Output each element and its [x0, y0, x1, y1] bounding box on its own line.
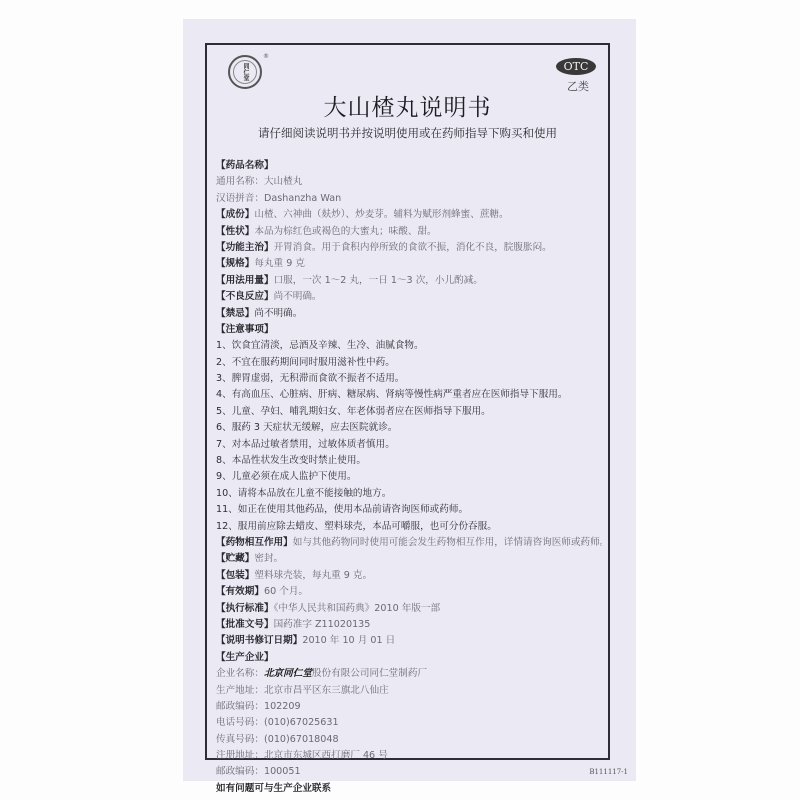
precaution-item-10: 10、请将本品放在儿童不能接触的地方。: [216, 486, 602, 502]
revision-date-value: 2010 年 10 月 01 日: [302, 635, 395, 646]
expiry-value: 60 个月。: [264, 586, 308, 597]
standard-row: 【执行标准】《中华人民共和国药典》2010 年版一部: [216, 601, 602, 617]
generic-name-value: 大山楂丸: [264, 176, 302, 187]
specification-row: 【规格】每丸重 9 克: [216, 256, 602, 272]
packaging-value: 塑料球壳装，每丸重 9 克。: [254, 570, 372, 581]
precaution-item-11: 11、如正在使用其他药品，使用本品前请咨询医师或药师。: [216, 502, 602, 518]
address-value: 北京市昌平区东三旗北八仙庄: [264, 685, 389, 696]
storage-value: 密封。: [254, 553, 283, 564]
pinyin-label: 汉语拼音：: [216, 193, 264, 204]
generic-name-label: 通用名称：: [216, 176, 264, 187]
adverse-reactions-row: 【不良反应】尚不明确。: [216, 289, 602, 305]
fax-label: 传真号码：: [216, 734, 264, 745]
indications-value: 开胃消食。用于食积内停所致的食欲不振，消化不良，脘腹胀闷。: [274, 242, 552, 253]
company-row: 企业名称：北京同仁堂股份有限公司同仁堂制药厂: [216, 666, 602, 682]
fax-value: (010)67018048: [264, 734, 339, 745]
revision-date-row: 【说明书修订日期】2010 年 10 月 01 日: [216, 633, 602, 649]
revision-date-label: 【说明书修订日期】: [216, 635, 302, 646]
standard-value: 《中华人民共和国药典》2010 年版一部: [274, 603, 441, 614]
precaution-item-9: 9、儿童必须在成人监护下使用。: [216, 469, 602, 485]
approval-label: 【批准文号】: [216, 619, 274, 630]
dosage-value: 口服，一次 1～2 丸，一日 1～3 次，小儿酌减。: [274, 275, 483, 286]
postcode-value: 102209: [264, 701, 301, 712]
interactions-label: 【药物相互作用】: [216, 537, 293, 548]
indications-label: 【功能主治】: [216, 242, 274, 253]
reg-address-row: 注册地址：北京市东城区西打磨厂 46 号: [216, 748, 602, 764]
expiry-label: 【有效期】: [216, 586, 264, 597]
company-brand: 北京同仁堂: [264, 668, 312, 679]
approval-row: 【批准文号】国药准字 Z11020135: [216, 617, 602, 633]
contraindications-value: 尚不明确。: [254, 308, 302, 319]
indications-row: 【功能主治】开胃消食。用于食积内停所致的食欲不振，消化不良，脘腹胀闷。: [216, 240, 602, 256]
leaflet-border: 同仁堂 ® OTC 乙类 大山楂丸说明书 请仔细阅读说明书并按说明使用或在药师指…: [205, 43, 610, 760]
precaution-item-12: 12、服用前应除去蜡皮、塑料球壳，本品可嚼服，也可分份吞服。: [216, 519, 602, 535]
expiry-row: 【有效期】60 个月。: [216, 584, 602, 600]
section-drug-name-heading: 【药品名称】: [216, 158, 602, 174]
reg-address-label: 注册地址：: [216, 750, 264, 761]
reg-address-value: 北京市东城区西打磨厂 46 号: [264, 750, 388, 761]
pinyin-row: 汉语拼音：Dashanzha Wan: [216, 191, 602, 207]
fax-row: 传真号码：(010)67018048: [216, 732, 602, 748]
otc-badge: OTC: [556, 58, 596, 75]
phone-value: (010)67025631: [264, 717, 339, 728]
logo-text: 同仁堂: [233, 60, 257, 84]
storage-label: 【贮藏】: [216, 553, 254, 564]
document-title: 大山楂丸说明书: [207, 89, 608, 122]
phone-label: 电话号码：: [216, 717, 264, 728]
dosage-label: 【用法用量】: [216, 275, 274, 286]
document-subtitle: 请仔细阅读说明书并按说明使用或在药师指导下购买和使用: [207, 125, 608, 141]
address-row: 生产地址：北京市昌平区东三旗北八仙庄: [216, 683, 602, 699]
description-row: 【性状】本品为棕红色或褐色的大蜜丸；味酸、甜。: [216, 224, 602, 240]
interactions-value: 如与其他药物同时使用可能会发生药物相互作用，详情请咨询医师或药师。: [293, 537, 602, 548]
approval-value: 国药准字 Z11020135: [274, 619, 371, 630]
postcode-row: 邮政编码：102209: [216, 699, 602, 715]
contraindications-label: 【禁忌】: [216, 308, 254, 319]
precaution-item-8: 8、本品性状发生改变时禁止使用。: [216, 453, 602, 469]
description-value: 本品为棕红色或褐色的大蜜丸；味酸、甜。: [254, 226, 436, 237]
adverse-reactions-value: 尚不明确。: [274, 291, 322, 302]
generic-name-row: 通用名称：大山楂丸: [216, 174, 602, 190]
tongrentang-logo-icon: 同仁堂: [228, 55, 262, 89]
leaflet-body: 【药品名称】 通用名称：大山楂丸 汉语拼音：Dashanzha Wan 【成份】…: [216, 158, 602, 797]
adverse-reactions-label: 【不良反应】: [216, 291, 274, 302]
precaution-item-5: 5、儿童、孕妇、哺乳期妇女、年老体弱者应在医师指导下服用。: [216, 404, 602, 420]
precaution-item-7: 7、对本品过敏者禁用，过敏体质者慎用。: [216, 437, 602, 453]
precaution-item-3: 3、脾胃虚弱，无积滞而食欲不振者不适用。: [216, 371, 602, 387]
packaging-label: 【包装】: [216, 570, 254, 581]
ingredients-label: 【成份】: [216, 209, 254, 220]
interactions-row: 【药物相互作用】如与其他药物同时使用可能会发生药物相互作用，详情请咨询医师或药师…: [216, 535, 602, 551]
reg-postcode-row: 邮政编码：100051: [216, 764, 602, 780]
ingredients-value: 山楂、六神曲（麸炒）、炒麦芽。辅料为赋形剂蜂蜜、蔗糖。: [254, 209, 508, 220]
specification-value: 每丸重 9 克: [254, 258, 305, 269]
standard-label: 【执行标准】: [216, 603, 274, 614]
leaflet-paper: 同仁堂 ® OTC 乙类 大山楂丸说明书 请仔细阅读说明书并按说明使用或在药师指…: [183, 19, 636, 781]
phone-row: 电话号码：(010)67025631: [216, 715, 602, 731]
storage-row: 【贮藏】密封。: [216, 551, 602, 567]
dosage-row: 【用法用量】口服，一次 1～2 丸，一日 1～3 次，小儿酌减。: [216, 273, 602, 289]
pinyin-value: Dashanzha Wan: [264, 193, 341, 204]
registered-mark: ®: [263, 53, 269, 60]
reg-postcode-value: 100051: [264, 766, 301, 777]
precaution-item-4: 4、有高血压、心脏病、肝病、糖尿病、肾病等慢性病严重者应在医师指导下服用。: [216, 387, 602, 403]
specification-label: 【规格】: [216, 258, 254, 269]
print-code: B111117-1: [589, 768, 628, 776]
contact-note: 如有问题可与生产企业联系: [216, 781, 602, 797]
postcode-label: 邮政编码：: [216, 701, 264, 712]
company-rest: 股份有限公司同仁堂制药厂: [312, 668, 427, 679]
precaution-item-1: 1、饮食宜清淡，忌酒及辛辣、生冷、油腻食物。: [216, 338, 602, 354]
description-label: 【性状】: [216, 226, 254, 237]
ingredients-row: 【成份】山楂、六神曲（麸炒）、炒麦芽。辅料为赋形剂蜂蜜、蔗糖。: [216, 207, 602, 223]
manufacturer-heading: 【生产企业】: [216, 650, 602, 666]
address-label: 生产地址：: [216, 685, 264, 696]
company-label: 企业名称：: [216, 668, 264, 679]
precaution-item-6: 6、服药 3 天症状无缓解，应去医院就诊。: [216, 420, 602, 436]
contraindications-row: 【禁忌】尚不明确。: [216, 306, 602, 322]
reg-postcode-label: 邮政编码：: [216, 766, 264, 777]
precaution-item-2: 2、不宜在服药期间同时服用滋补性中药。: [216, 355, 602, 371]
packaging-row: 【包装】塑料球壳装，每丸重 9 克。: [216, 568, 602, 584]
precautions-heading: 【注意事项】: [216, 322, 602, 338]
